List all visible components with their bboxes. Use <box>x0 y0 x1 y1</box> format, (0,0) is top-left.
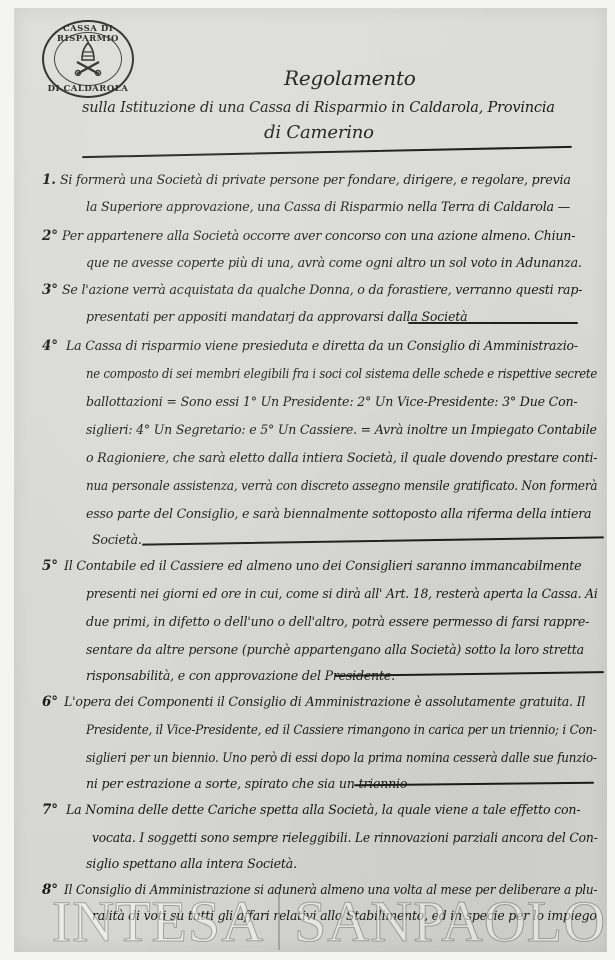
article-number: 2° <box>42 230 58 244</box>
article-line: siglieri per un biennio. Uno però di ess… <box>86 752 597 765</box>
article-number: 1. <box>42 174 56 188</box>
article-line: ne composto di sei membri elegibili fra … <box>86 368 597 381</box>
line-filler-rule <box>142 536 604 545</box>
article-line: risponsabilità, e con approvazione del P… <box>86 670 395 683</box>
article-line: o Ragioniere, che sarà eletto dalla inti… <box>86 452 597 465</box>
article-line: la Superiore approvazione, una Cassa di … <box>86 201 570 214</box>
article-number: 7° <box>42 804 58 818</box>
article-line: Società. <box>92 534 142 547</box>
article-line: L'opera dei Componenti il Consiglio di A… <box>64 696 585 709</box>
article-line: vocata. I soggetti sono sempre rieleggib… <box>92 832 598 845</box>
article-line: nua personale assistenza, verrà con disc… <box>86 480 597 493</box>
papal-tiara-keys-emblem-icon <box>72 40 104 76</box>
article-number: 4° <box>42 340 58 354</box>
article-line: siglieri: 4° Un Segretario: e 5° Un Cass… <box>86 424 597 437</box>
article-line: Per appartenere alla Società occorre ave… <box>62 230 575 243</box>
article-line: presenti nei giorni ed ore in cui, come … <box>86 588 598 601</box>
article-number: 3° <box>42 284 58 298</box>
article-line: ralità di voti su tutti gli affari relat… <box>92 910 597 923</box>
article-number: 6° <box>42 696 58 710</box>
article-line: que ne avesse coperte più di una, avrà c… <box>86 257 582 270</box>
article-line: Presidente, il Vice-Presidente, ed il Ca… <box>86 724 597 737</box>
header-underline <box>82 146 572 158</box>
article-line: due primi, in difetto o dell'uno o dell'… <box>86 616 589 629</box>
document-page: CASSA DI RISPARMIO DI CALDAROLA Regolame… <box>14 8 607 952</box>
article-line: Il Consiglio di Amministrazione si adune… <box>64 884 597 897</box>
document-subtitle: sulla Istituzione di una Cassa di Rispar… <box>82 101 555 116</box>
article-number: 8° <box>42 884 58 898</box>
article-line: La Cassa di risparmio viene presieduta e… <box>66 340 578 353</box>
article-number: 5° <box>42 560 58 574</box>
cassa-di-risparmio-stamp: CASSA DI RISPARMIO DI CALDAROLA <box>42 20 134 98</box>
stamp-bottom-text: DI CALDAROLA <box>44 84 132 94</box>
article-line: siglio spettano alla intera Società. <box>86 858 297 871</box>
article-line: Si formerà una Società di private person… <box>60 174 571 187</box>
article-line: Il Contabile ed il Cassiere ed almeno un… <box>64 560 581 573</box>
article-line: esso parte del Consiglio, e sarà biennal… <box>86 508 591 521</box>
article-line: ballottazioni = Sono essi 1° Un Presiden… <box>86 396 577 409</box>
article-line: sentare da altre persone (purchè apparte… <box>86 644 584 657</box>
article-line: Se l'azione verrà acquistata da qualche … <box>62 284 582 297</box>
document-subtitle-place: di Camerino <box>264 124 374 142</box>
line-filler-rule <box>408 322 578 324</box>
article-line: La Nomina delle dette Cariche spetta all… <box>66 804 580 817</box>
document-title: Regolamento <box>284 68 416 88</box>
